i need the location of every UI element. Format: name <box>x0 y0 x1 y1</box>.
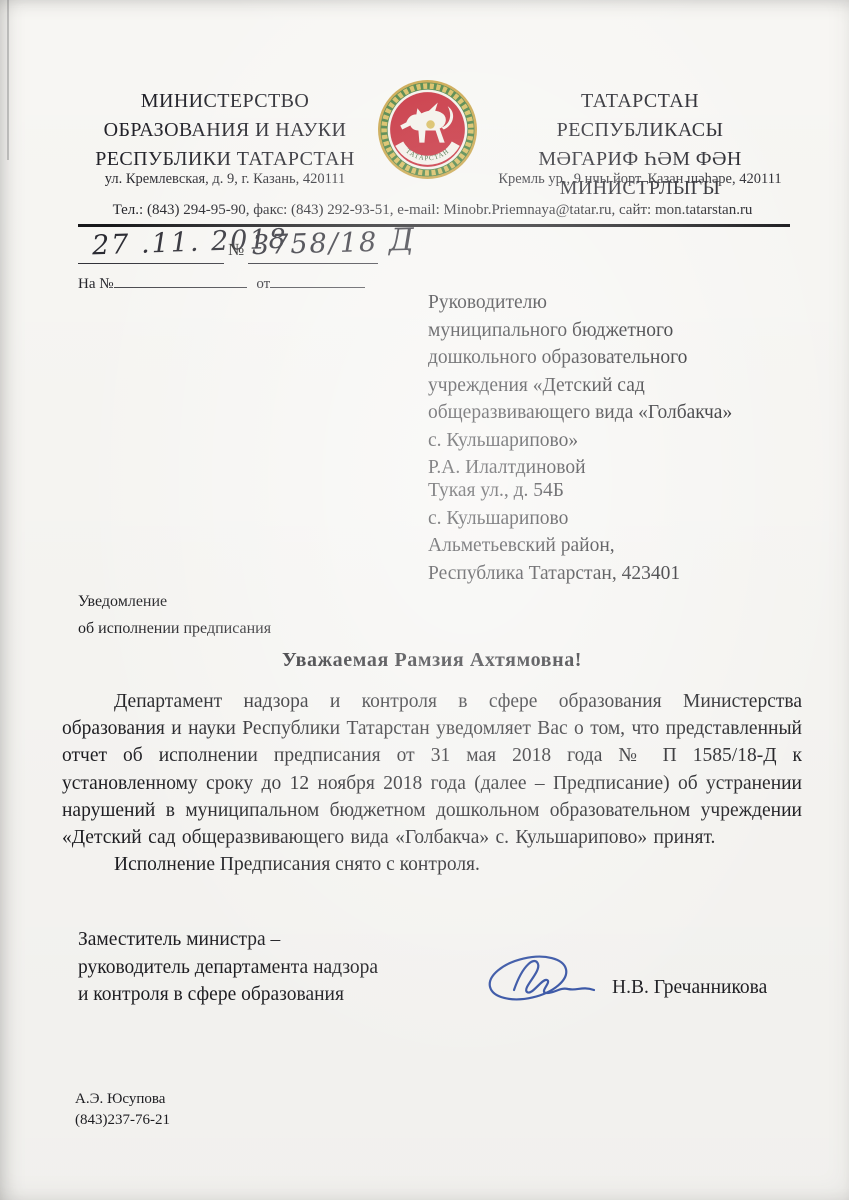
reg-number-handwritten: 3758/18 Д <box>252 222 415 262</box>
signer-title-block: Заместитель министра – руководитель депа… <box>78 926 378 1009</box>
recipient-address-line: Альметьевский район, <box>428 532 680 560</box>
org-name-ru-line: РЕСПУБЛИКИ ТАТАРСТАН <box>85 145 365 174</box>
recipient-line: учреждения «Детский сад <box>428 372 732 400</box>
body-paragraph: Департамент надзора и контроля в сфере о… <box>62 688 802 851</box>
doc-subject-line: Уведомление <box>78 588 271 615</box>
signer-name: Н.В. Гречанникова <box>612 977 767 999</box>
org-name-ru-line: МИНИСТЕРСТВО <box>85 87 365 116</box>
recipient-address-block: Тукая ул., д. 54Б с. Кульшарипово Альмет… <box>428 477 680 587</box>
org-name-tt-line: ТАТАРСТАН РЕСПУБЛИКАСЫ <box>495 87 785 145</box>
doc-subject: Уведомление об исполнении предписания <box>78 588 271 642</box>
executor-name: А.Э. Юсупова <box>75 1089 170 1110</box>
recipient-address-line: Республика Татарстан, 423401 <box>428 560 680 588</box>
reference-line: На № от <box>78 272 365 293</box>
doc-subject-line: об исполнении предписания <box>78 615 271 642</box>
reg-number-suffix: Д <box>388 222 414 259</box>
handwritten-signature <box>478 936 606 1014</box>
recipient-line: муниципального бюджетного <box>428 317 732 345</box>
reg-number-symbol: № <box>228 240 244 260</box>
signer-title-line: руководитель департамента надзора <box>78 954 378 982</box>
recipient-line: с. Кульшарипово» <box>428 427 732 455</box>
recipient-line: Руководителю <box>428 289 732 317</box>
recipient-line: общеразвивающего вида «Голбакча» <box>428 399 732 427</box>
ref-ot-blank <box>270 272 365 288</box>
tatarstan-emblem: ТАТАРСТАН <box>377 79 478 180</box>
signer-title-line: и контроля в сфере образования <box>78 981 378 1009</box>
ref-ot-label: от <box>256 276 270 292</box>
salutation-heading: Уважаемая Рамзия Ахтямовна! <box>62 649 802 672</box>
body-text: Департамент надзора и контроля в сфере о… <box>62 688 802 878</box>
recipient-line: дошкольного образовательного <box>428 344 732 372</box>
scanned-letter-page: МИНИСТЕРСТВО ОБРАЗОВАНИЯ И НАУКИ РЕСПУБЛ… <box>0 0 849 1200</box>
recipient-block: Руководителю муниципального бюджетного д… <box>428 289 732 482</box>
signer-title-line: Заместитель министра – <box>78 926 378 954</box>
org-address-ru: ул. Кремлевская, д. 9, г. Казань, 420111 <box>75 171 375 188</box>
org-address-tt: Кремль ур., 9 нчы йорт, Казан шәһәре, 42… <box>485 171 795 188</box>
org-name-ru-line: ОБРАЗОВАНИЯ И НАУКИ <box>85 116 365 145</box>
contact-line: Тел.: (843) 294-95-90, факс: (843) 292-9… <box>70 202 795 219</box>
recipient-address-line: с. Кульшарипово <box>428 505 680 533</box>
org-name-tt-line: МӘГАРИФ ҺӘМ ФӘН <box>495 145 785 174</box>
ref-na-blank <box>114 272 247 288</box>
reg-number-underline <box>248 263 378 264</box>
executor-block: А.Э. Юсупова (843)237-76-21 <box>75 1089 170 1130</box>
org-name-ru: МИНИСТЕРСТВО ОБРАЗОВАНИЯ И НАУКИ РЕСПУБЛ… <box>85 87 365 174</box>
scan-edge-artifact <box>7 0 9 160</box>
ref-na-label: На № <box>78 276 114 292</box>
reg-date-underline <box>78 263 224 264</box>
executor-phone: (843)237-76-21 <box>75 1110 170 1131</box>
recipient-address-line: Тукая ул., д. 54Б <box>428 477 680 505</box>
control-note: Исполнение Предписания снято с контроля. <box>62 851 802 878</box>
